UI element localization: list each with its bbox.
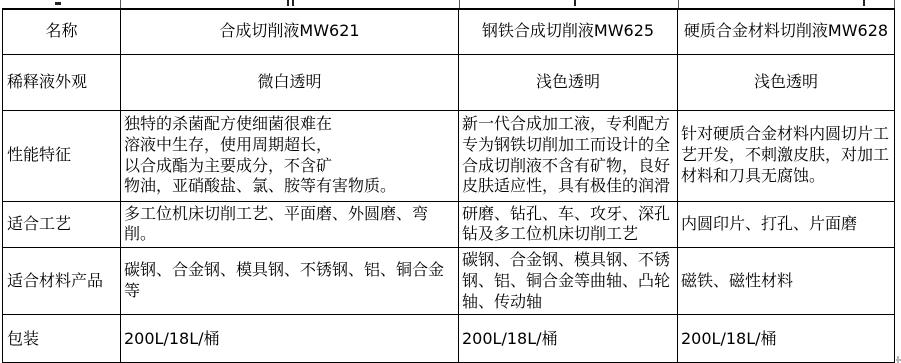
row-header-materials: 适合材料产品 [3,248,121,315]
cell-packaging-mw628: 200L/18L/桶 [678,315,895,363]
cell-process-mw628: 内圆印片、打孔、片面磨 [678,201,895,248]
row-header-name: 名称 [3,9,121,54]
crop-artifact [287,0,289,6]
cell-appearance-mw621: 微白透明 [121,54,459,110]
cell-name-mw621: 合成切削液MW621 [121,9,459,54]
cell-materials-mw621: 碳钢、合金钢、模具钢、不锈钢、铝、铜合金等 [121,248,459,315]
table-row-packaging: 包装 200L/18L/桶 200L/18L/桶 200L/18L/桶 [3,315,895,363]
cell-name-mw628: 硬质合金材料切削液MW628 [678,9,895,54]
table-row-name: 名称 合成切削液MW621 钢铁合成切削液MW625 硬质合金材料切削液MW62… [3,9,895,54]
row-header-packaging: 包装 [3,315,121,363]
column-line-stub [459,0,460,8]
crop-artifact [292,0,294,6]
table-row-materials: 适合材料产品 碳钢、合金钢、模具钢、不锈钢、铝、铜合金等 碳钢、合金钢、模具钢、… [3,248,895,315]
page: { "table": { "border_color": "#000000", … [0,0,901,363]
cell-features-mw621: 独特的杀菌配方使细菌很难在 溶液中生存，使用周期超长， 以合成酯为主要成分，不含… [121,110,459,201]
cell-materials-mw628: 磁铁、磁性材料 [678,248,895,315]
row-header-process: 适合工艺 [3,201,121,248]
column-line-stub [678,0,679,8]
row-header-appearance: 稀释液外观 [3,54,121,110]
crop-artifact [55,2,61,5]
cell-packaging-mw625: 200L/18L/桶 [459,315,678,363]
product-spec-table: 名称 合成切削液MW621 钢铁合成切削液MW625 硬质合金材料切削液MW62… [2,8,895,363]
table-row-appearance: 稀释液外观 微白透明 浅色透明 浅色透明 [3,54,895,110]
cell-packaging-mw621: 200L/18L/桶 [121,315,459,363]
column-line-stub [894,0,895,8]
cell-process-mw625: 研磨、钻孔、车、攻牙、深孔 钻及多工位机床切削工艺 [459,201,678,248]
cell-process-mw621: 多工位机床切削工艺、平面磨、外圆磨、弯削。 [121,201,459,248]
cell-materials-mw625: 碳钢、合金钢、模具钢、不锈 钢、铝、铜合金等曲轴、凸轮 轴、传动轴 [459,248,678,315]
table-shadow [897,356,899,363]
cell-features-mw625: 新一代合成加工液，专利配方 专为钢铁切削加工而设计的全 合成切削液不含有矿物，良… [459,110,678,201]
cell-appearance-mw628: 浅色透明 [678,54,895,110]
cell-name-mw625: 钢铁合成切削液MW625 [459,9,678,54]
column-line-stub [120,0,121,8]
crop-artifact [574,0,576,6]
cell-features-mw628: 针对硬质合金材料内圆切片工 艺开发，不刺激皮肤，对加工 材料和刀具无腐蚀。 [678,110,895,201]
crop-artifact [863,0,865,6]
cell-appearance-mw625: 浅色透明 [459,54,678,110]
table-row-features: 性能特征 独特的杀菌配方使细菌很难在 溶液中生存，使用周期超长， 以合成酯为主要… [3,110,895,201]
row-header-features: 性能特征 [3,110,121,201]
table-row-process: 适合工艺 多工位机床切削工艺、平面磨、外圆磨、弯削。 研磨、钻孔、车、攻牙、深孔… [3,201,895,248]
